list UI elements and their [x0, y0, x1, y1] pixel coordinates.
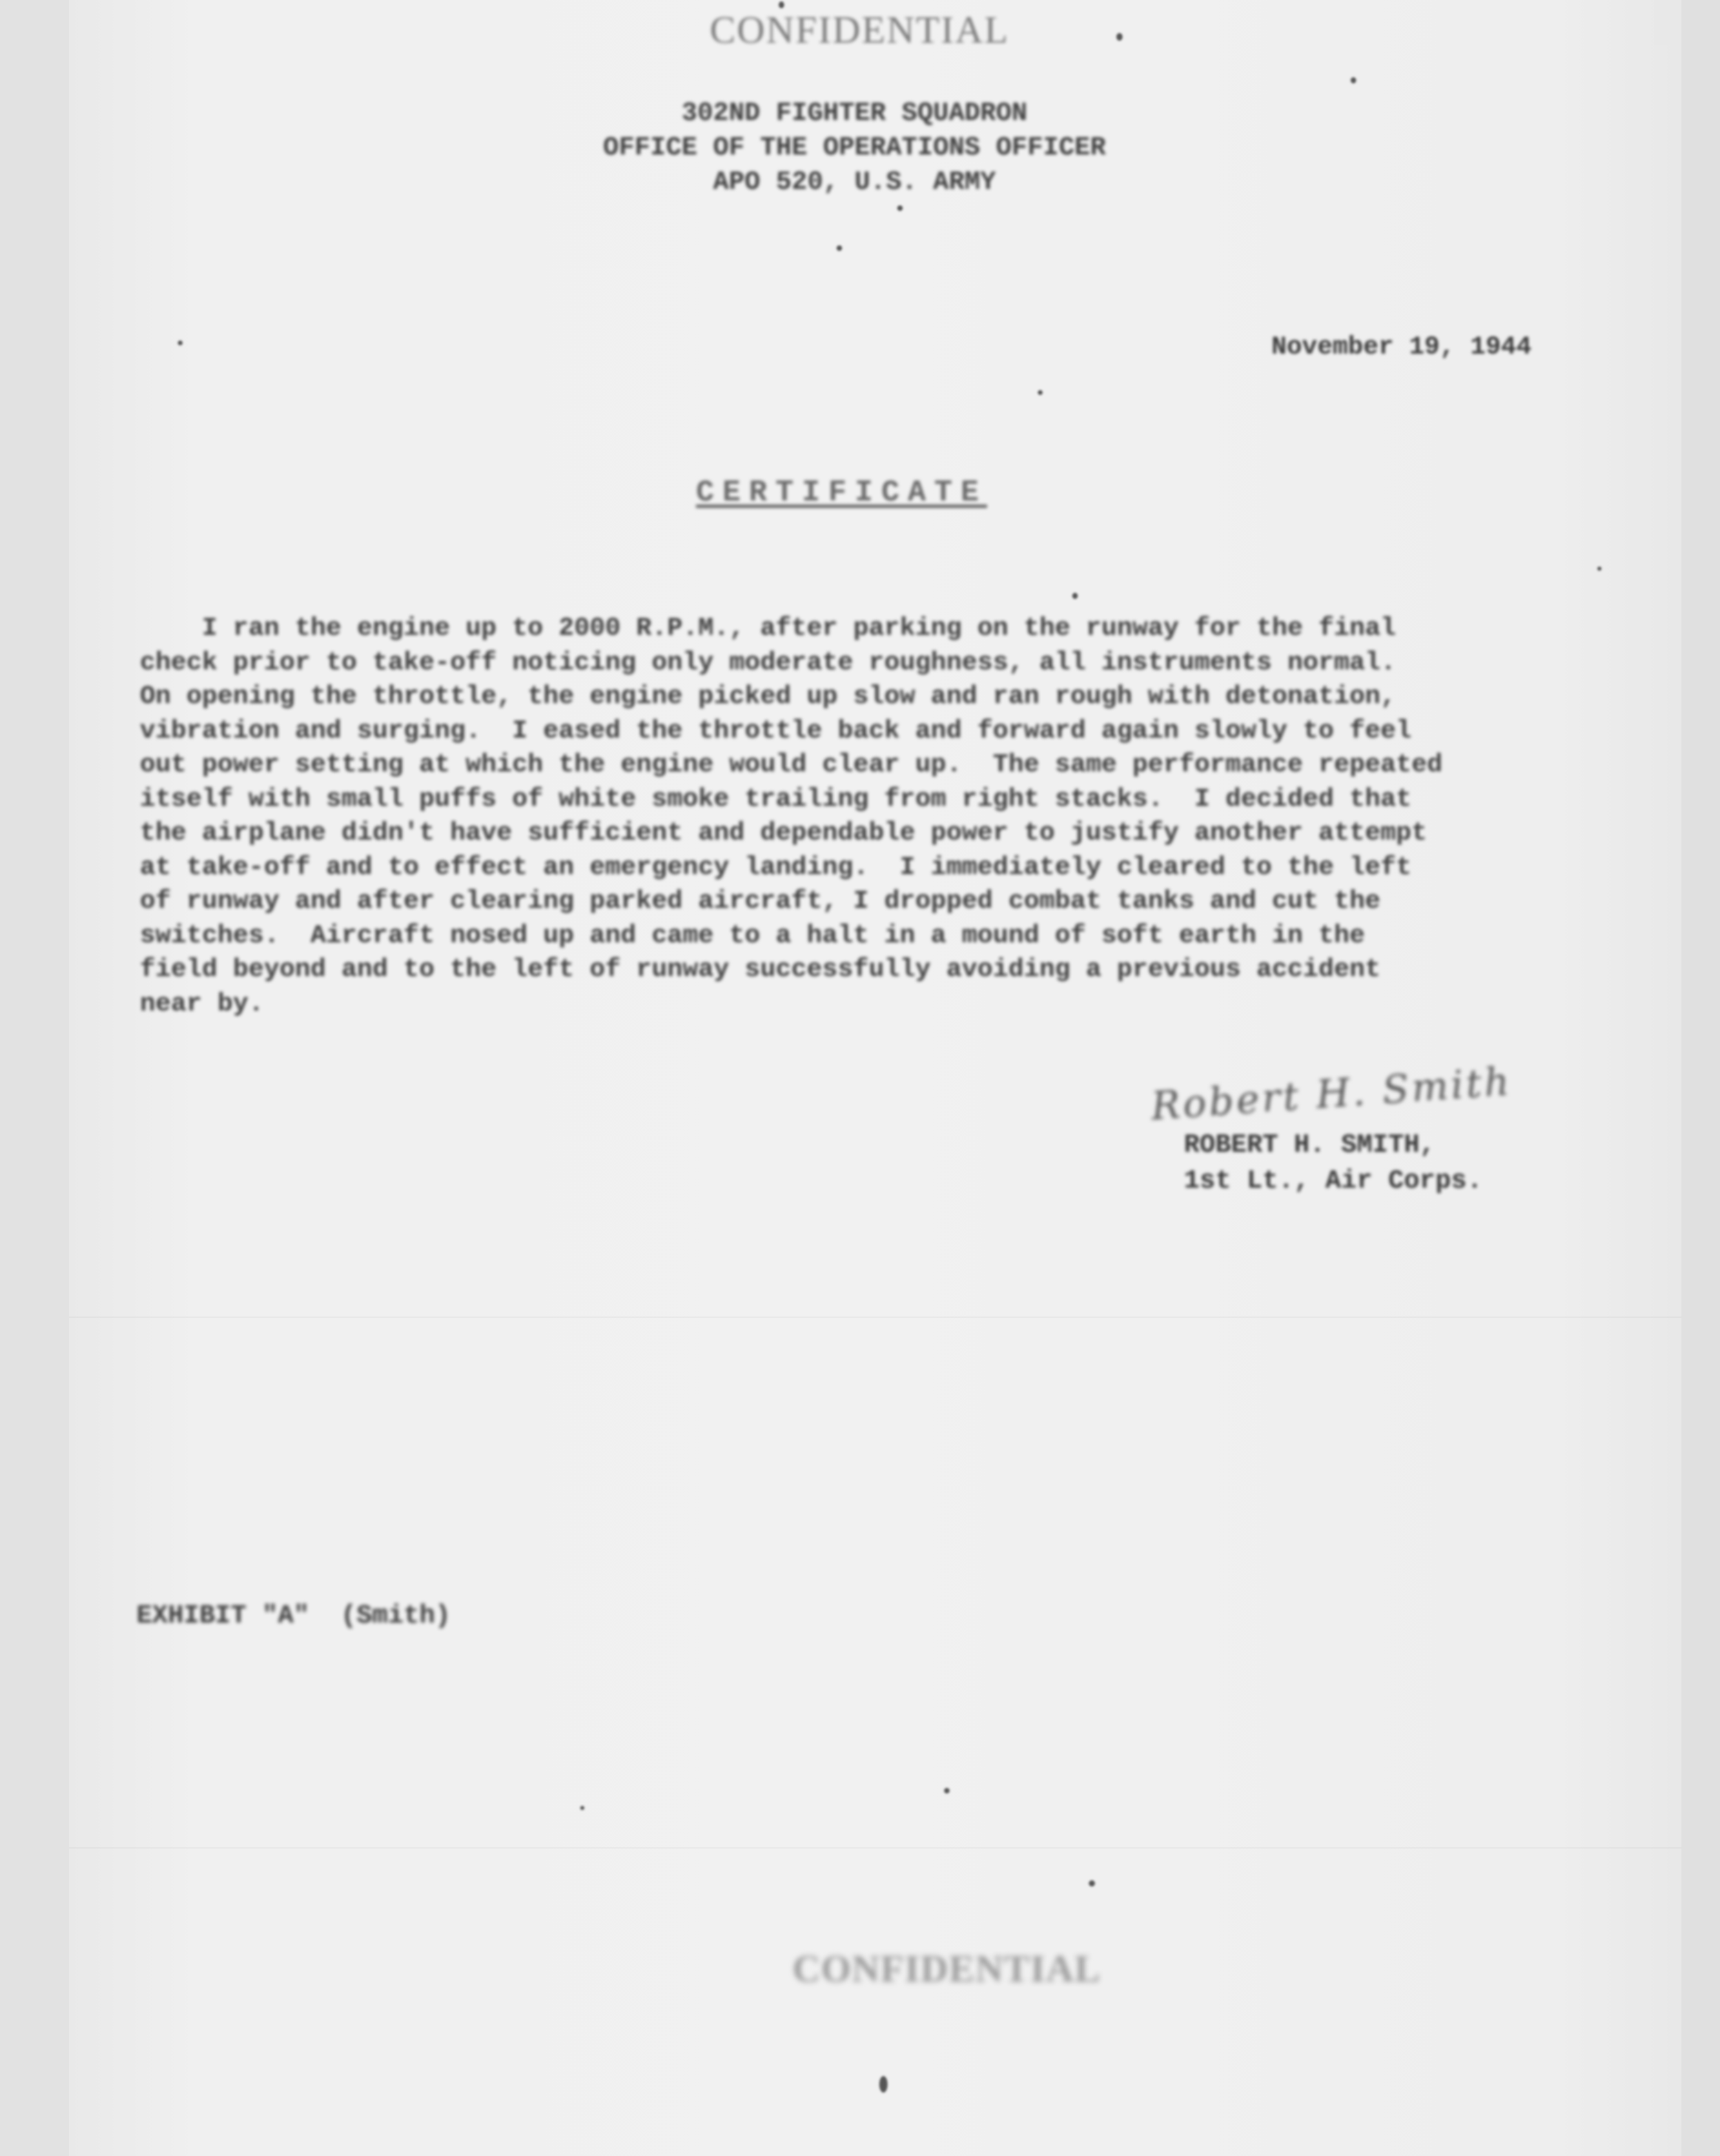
scan-speck [1089, 1880, 1095, 1886]
body-line: of runway and after clearing parked airc… [140, 885, 1601, 919]
body-line: the airplane didn't have sufficient and … [140, 817, 1601, 851]
scan-speck [1038, 390, 1043, 395]
body-line: On opening the throttle, the engine pick… [140, 680, 1601, 715]
classification-stamp-top: CONFIDENTIAL [710, 8, 1010, 52]
signatory-name: ROBERT H. SMITH, [1184, 1128, 1482, 1163]
scan-speck [1116, 33, 1123, 41]
scan-speck [837, 245, 842, 251]
body-line: near by. [140, 988, 1601, 1022]
scan-speck [879, 2076, 888, 2093]
body-line: field beyond and to the left of runway s… [140, 953, 1601, 988]
scan-speck [580, 1806, 584, 1810]
fold-line [69, 1847, 1681, 1849]
fold-line [69, 1316, 1681, 1318]
page-corner [1654, 0, 1681, 45]
body-line: I ran the engine up to 2000 R.P.M., afte… [140, 612, 1601, 647]
scan-speck [897, 205, 903, 211]
scan-speck [178, 340, 183, 345]
scan-speck [1351, 77, 1356, 83]
signatory-rank: 1st Lt., Air Corps. [1184, 1163, 1482, 1199]
letterhead-unit: 302ND FIGHTER SQUADRON [565, 96, 1144, 131]
body-line: at take-off and to effect an emergency l… [140, 851, 1601, 886]
page-edge [1681, 0, 1720, 2156]
document-date: November 19, 1944 [1271, 333, 1531, 362]
scan-speck [1072, 593, 1078, 599]
scan-speck [1597, 567, 1601, 571]
body-line: vibration and surging. I eased the throt… [140, 715, 1601, 749]
body-line: switches. Aircraft nosed up and came to … [140, 919, 1601, 954]
letterhead: 302ND FIGHTER SQUADRON OFFICE OF THE OPE… [565, 96, 1144, 200]
body-line: check prior to take-off noticing only mo… [140, 647, 1601, 681]
scan-speck [779, 1, 784, 8]
document-title: CERTIFICATE [696, 476, 987, 510]
classification-stamp-bottom: CONFIDENTIAL [792, 1947, 1101, 1991]
certificate-body: I ran the engine up to 2000 R.P.M., afte… [140, 612, 1601, 1021]
body-line: out power setting at which the engine wo… [140, 749, 1601, 783]
letterhead-office: OFFICE OF THE OPERATIONS OFFICER [565, 131, 1144, 165]
signature-block: ROBERT H. SMITH, 1st Lt., Air Corps. [1184, 1128, 1482, 1199]
scan-speck [944, 1788, 950, 1793]
body-line: itself with small puffs of white smoke t… [140, 783, 1601, 817]
letterhead-address: APO 520, U.S. ARMY [565, 165, 1144, 200]
exhibit-label: EXHIBIT "A" (Smith) [136, 1601, 451, 1631]
